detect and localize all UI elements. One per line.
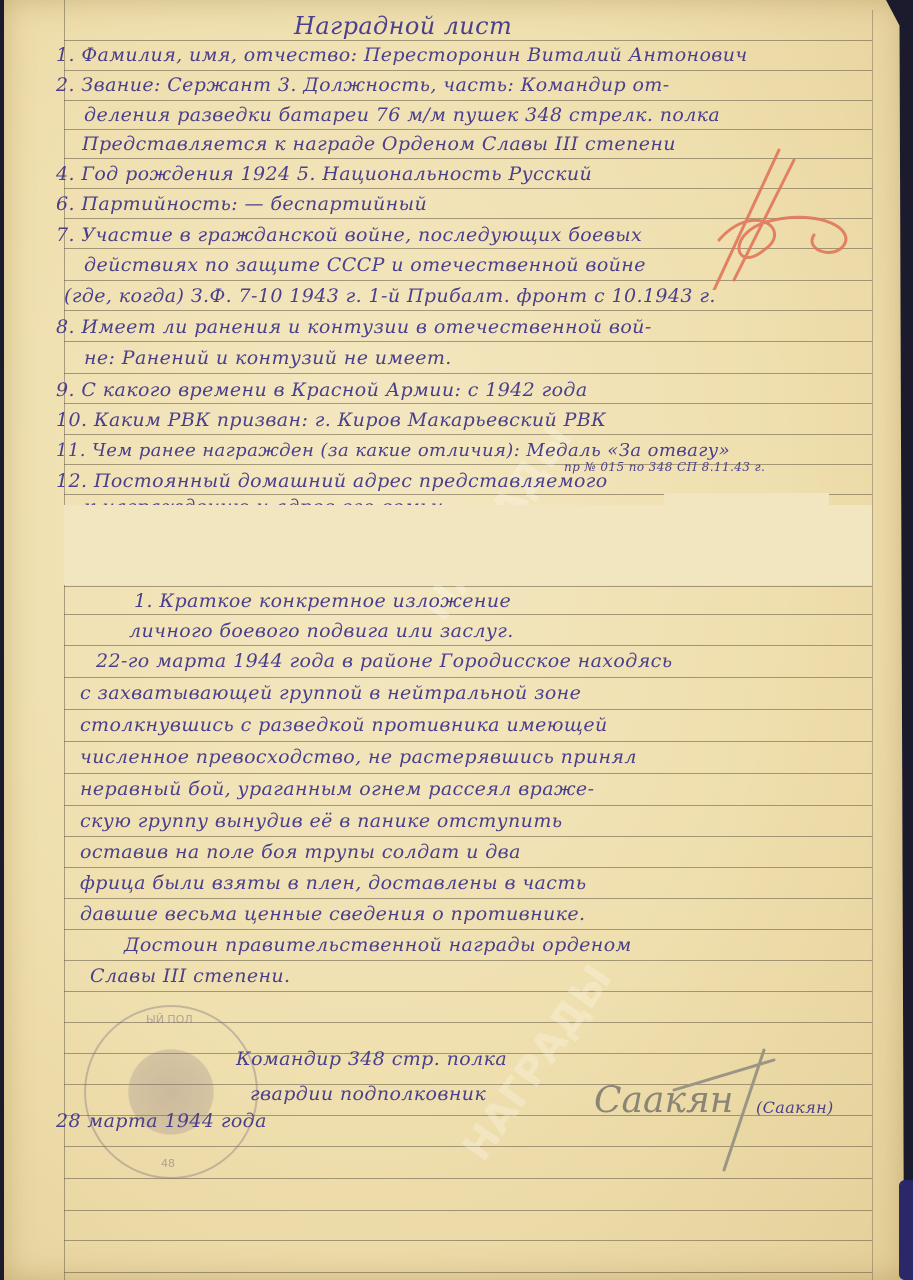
ruled-line [64, 434, 872, 435]
narrative-line: скую группу вынудив её в панике отступит… [80, 812, 562, 831]
award-sheet: НАГРАДЫ НАГРАДЫ Наградной лист 1. Фамили… [4, 0, 904, 1280]
ruled-line [64, 929, 872, 930]
field-wounds-answer: не: Ранений и контузий не имеет. [84, 349, 452, 368]
ruled-line [64, 645, 872, 646]
field-full-name: 1. Фамилия, имя, отчество: Пересторонин … [56, 46, 748, 65]
right-margin-line [872, 10, 873, 1280]
ruled-line [64, 1240, 872, 1241]
signature-title-line2: гвардии подполковник [250, 1085, 486, 1104]
scan-edge [899, 1180, 913, 1280]
ruled-line [64, 991, 872, 992]
ruled-line [64, 310, 872, 311]
ruled-line [64, 898, 872, 899]
ruled-line [64, 836, 872, 837]
signature-date: 28 марта 1944 года [56, 1112, 267, 1131]
ruled-line [64, 867, 872, 868]
field-war-where-when: (где, когда) З.Ф. 7-10 1943 г. 1-й Приба… [64, 287, 716, 306]
narrative-line: неравный бой, ураганным огнем рассеял вр… [80, 780, 594, 799]
field-award-nominated: Представляется к награде Орденом Славы I… [82, 135, 676, 154]
field-previous-awards: 11. Чем ранее награжден (за какие отличи… [56, 442, 730, 460]
section-heading-line1: 1. Краткое конкретное изложение [134, 592, 511, 611]
ruled-line [64, 614, 872, 615]
redacted-area [64, 505, 872, 585]
ruled-line [64, 709, 872, 710]
signature-title-line1: Командир 348 стр. полка [236, 1050, 507, 1069]
ruled-line [64, 773, 872, 774]
seal-stamp: ЫЙ ПОЛ 48 [84, 1005, 258, 1179]
narrative-line: с захватывающей группой в нейтральной зо… [80, 684, 581, 703]
narrative-line: Достоин правительственной награды ордено… [124, 936, 632, 955]
field-home-address: 12. Постоянный домашний адрес представля… [56, 472, 608, 491]
field-wounds: 8. Имеет ли ранения и контузии в отечест… [56, 318, 652, 337]
signatory-name: (Саакян) [756, 1100, 834, 1116]
narrative-line: 22-го марта 1944 года в районе Городисск… [96, 652, 672, 671]
ruled-line [64, 403, 872, 404]
narrative-line: численное превосходство, не растерявшись… [80, 748, 637, 767]
narrative-line: столкнувшись с разведкой противника имею… [80, 716, 608, 735]
ruled-line [64, 805, 872, 806]
ruled-line [64, 341, 872, 342]
field-war-participation: 7. Участие в гражданской войне, последую… [56, 226, 642, 245]
left-margin-line [64, 0, 65, 1280]
red-pencil-mark [694, 140, 864, 290]
narrative-line: Славы III степени. [90, 967, 290, 986]
ruled-line [64, 40, 872, 41]
field-party: 6. Партийность: — беспартийный [56, 195, 427, 214]
narrative-line: фрица были взяты в плен, доставлены в ча… [80, 874, 587, 893]
field-war-participation-cont: действиях по защите СССР и отечественной… [84, 256, 646, 275]
ruled-line [64, 677, 872, 678]
stamp-text: ЫЙ ПОЛ [146, 1013, 193, 1026]
document-title: Наградной лист [294, 14, 512, 38]
section-heading-line2: личного боевого подвига или заслуг. [129, 622, 514, 641]
field-army-since: 9. С какого времени в Красной Армии: с 1… [56, 381, 588, 400]
ruled-line [64, 100, 872, 101]
field-birth-nationality: 4. Год рождения 1924 5. Национальность Р… [56, 165, 592, 184]
ruled-line [64, 960, 872, 961]
ruled-line [64, 373, 872, 374]
ruled-line [64, 70, 872, 71]
stamp-text: 48 [161, 1157, 175, 1170]
ruled-line [64, 1210, 872, 1211]
ruled-line [64, 1272, 872, 1273]
narrative-line: оставив на поле боя трупы солдат и два [80, 843, 521, 862]
ruled-line [64, 129, 872, 130]
narrative-line: давшие весьма ценные сведения о противни… [80, 905, 585, 924]
field-position-cont: деления разведки батареи 76 м/м пушек 34… [84, 106, 720, 125]
field-conscription-office: 10. Каким РВК призван: г. Киров Макарьев… [56, 411, 606, 430]
ruled-line [64, 741, 872, 742]
field-rank-position: 2. Звание: Сержант 3. Должность, часть: … [56, 76, 670, 95]
